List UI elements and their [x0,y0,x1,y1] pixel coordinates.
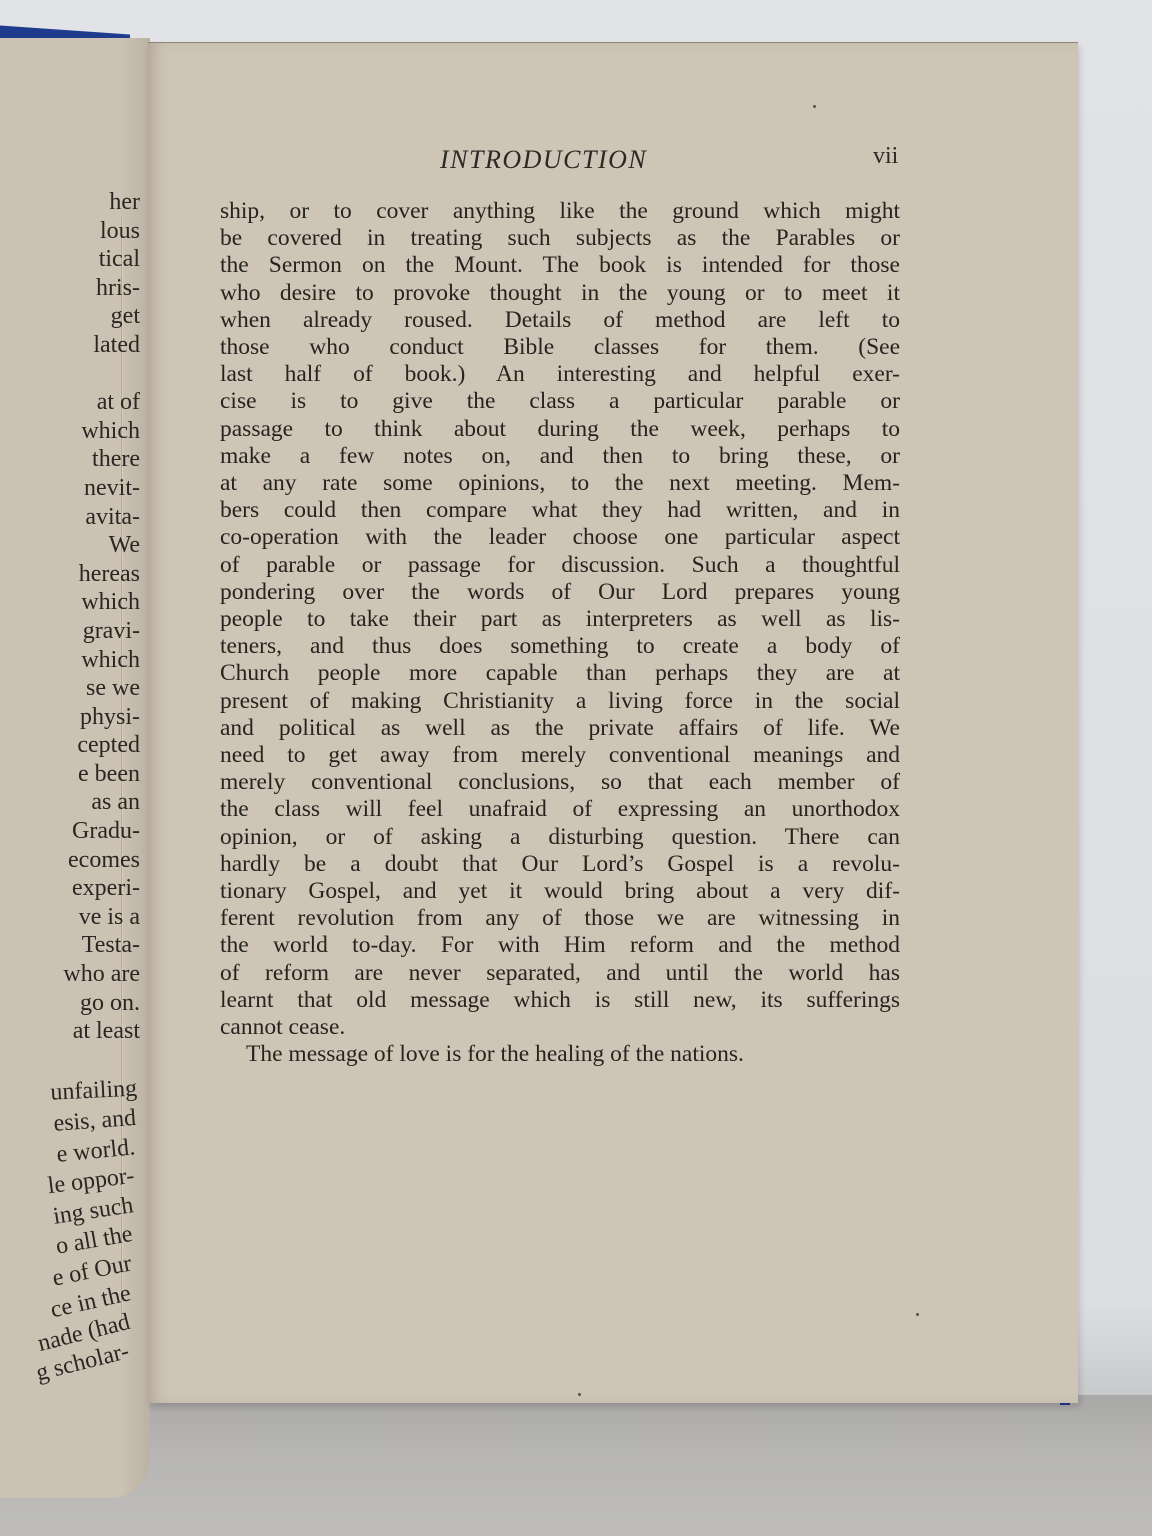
text-line: ferent revolution from any of those we a… [220,905,900,932]
text-line: cise is to give the class a particular p… [220,388,900,415]
left-text-fragment: nevit- [0,474,148,503]
text-line: bers could then compare what they had wr… [220,497,900,524]
text-line: and political as well as the private aff… [220,715,900,742]
text-line: merely conventional conclusions, so that… [220,769,900,796]
left-page: herlousticalhris-getlated at ofwhichther… [0,38,150,1498]
left-text-fragment [0,360,148,389]
text-line: teners, and thus does something to creat… [220,633,900,660]
left-text-fragment: her [0,188,148,217]
left-text-fragment: gravi- [0,617,148,646]
body-text: ship, or to cover anything like the grou… [220,198,900,1069]
left-text-fragment: se we [0,674,148,703]
text-line: the world to-day. For with Him reform an… [220,932,900,959]
left-text-fragment: go on. [0,989,148,1018]
text-line: at any rate some opinions, to the next m… [220,470,900,497]
left-page-text: herlousticalhris-getlated at ofwhichther… [0,188,148,1360]
left-text-fragment: hereas [0,560,148,589]
left-text-fragment: ecomes [0,846,148,875]
text-line: opinion, or of asking a disturbing quest… [220,824,900,851]
text-line: pondering over the words of Our Lord pre… [220,579,900,606]
closing-line: The message of love is for the healing o… [220,1041,900,1068]
left-text-fragment: Gradu- [0,817,148,846]
left-text-fragment: lous [0,217,148,246]
text-line: co-operation with the leader choose one … [220,524,900,551]
text-line: Church people more capable than perhaps … [220,660,900,687]
paper-speck [578,1393,581,1396]
left-text-fragment: e been [0,760,148,789]
running-head: INTRODUCTION [440,145,910,175]
text-line: the Sermon on the Mount. The book is int… [220,252,900,279]
left-text-fragment: physi- [0,703,148,732]
text-line: hardly be a doubt that Our Lord’s Gospel… [220,851,900,878]
text-line: of reform are never separated, and until… [220,960,900,987]
left-text-fragment: at of [0,388,148,417]
left-text-fragment: which [0,417,148,446]
left-text-fragment [0,1046,148,1078]
left-text-fragment: lated [0,331,148,360]
text-line: tionary Gospel, and yet it would bring a… [220,878,900,905]
text-line: make a few notes on, and then to bring t… [220,443,900,470]
table-surface [0,1395,1152,1536]
left-text-fragment: hris- [0,274,148,303]
left-text-fragment: get [0,302,148,331]
left-text-fragment: as an [0,788,148,817]
text-line: need to get away from merely conventiona… [220,742,900,769]
text-line: ship, or to cover anything like the grou… [220,198,900,225]
left-text-fragment: which [0,646,148,675]
text-line: cannot cease. [220,1014,900,1041]
paper-speck [813,105,816,108]
page-number: vii [873,143,898,170]
text-line: present of making Christianity a living … [220,688,900,715]
left-text-fragment: tical [0,245,148,274]
left-text-fragment: at least [0,1017,148,1046]
left-text-fragment: experi- [0,874,148,903]
left-text-fragment: avita- [0,503,148,532]
text-line: when already roused. Details of method a… [220,307,900,334]
left-text-fragment: cepted [0,731,148,760]
text-line: learnt that old message which is still n… [220,987,900,1014]
paper-speck [916,1313,919,1316]
left-text-fragment: who are [0,960,148,989]
left-text-fragment: ve is a [0,903,148,932]
text-line: of parable or passage for discussion. Su… [220,552,900,579]
text-line: be covered in treating such subjects as … [220,225,900,252]
left-text-fragment: Testa- [0,931,148,960]
text-line: passage to think about during the week, … [220,416,900,443]
text-line: who desire to provoke thought in the you… [220,280,900,307]
left-text-fragment: We [0,531,148,560]
text-line: those who conduct Bible classes for them… [220,334,900,361]
left-text-fragment: there [0,445,148,474]
text-line: the class will feel unafraid of expressi… [220,796,900,823]
left-text-fragment: which [0,588,148,617]
text-line: people to take their part as interpreter… [220,606,900,633]
right-page: INTRODUCTION vii ship, or to cover anyth… [148,42,1078,1403]
text-line: last half of book.) An interesting and h… [220,361,900,388]
